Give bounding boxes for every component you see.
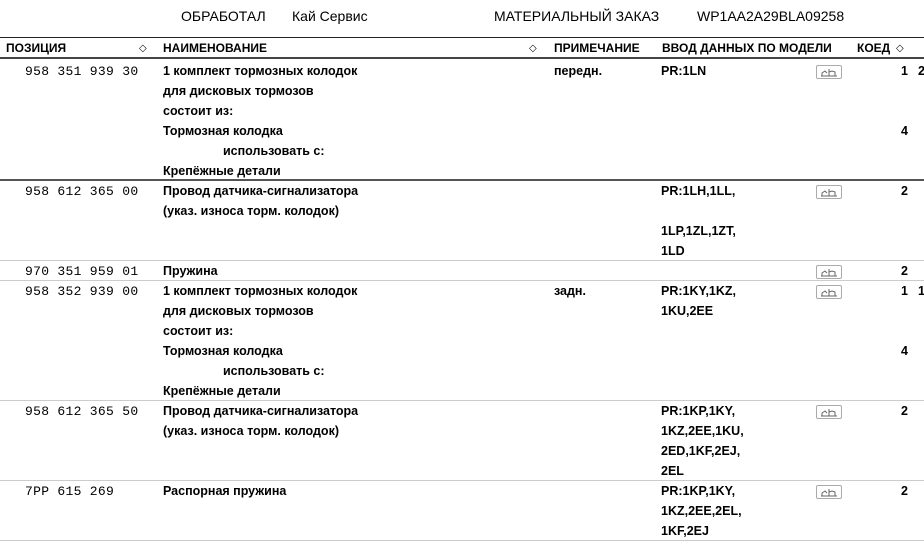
model-data-line: PR:1LN xyxy=(661,64,706,78)
part-name-line: Крепёжные детали xyxy=(163,164,281,178)
table-row[interactable]: 958 352 939 001 комплект тормозных колод… xyxy=(0,281,924,401)
part-number[interactable]: 958 612 365 00 xyxy=(25,184,138,199)
part-note: передн. xyxy=(554,64,602,78)
quantity: 4 xyxy=(901,344,908,358)
sort-icon[interactable]: ◇ xyxy=(529,43,537,54)
part-number[interactable]: 7PP 615 269 xyxy=(25,484,114,499)
cart-icon xyxy=(820,408,838,417)
model-data-line: 2ED,1KF,2EJ, xyxy=(661,444,740,458)
column-qty[interactable]: КОЕД xyxy=(857,41,890,55)
add-to-cart-button[interactable] xyxy=(816,185,842,199)
column-position[interactable]: ПОЗИЦИЯ xyxy=(6,41,66,55)
model-data-line: 1KZ,2EE,1KU, xyxy=(661,424,744,438)
part-number[interactable]: 970 351 959 01 xyxy=(25,264,138,279)
table-row[interactable]: 970 351 959 01Пружина2 xyxy=(0,261,924,281)
model-data-line: 1KZ,2EE,2EL, xyxy=(661,504,742,518)
quantity: 2 xyxy=(901,404,908,418)
part-name-line: Пружина xyxy=(163,264,218,278)
part-number[interactable]: 958 352 939 00 xyxy=(25,284,138,299)
quantity: 2 xyxy=(901,264,908,278)
sort-icon[interactable]: ◇ xyxy=(139,43,147,54)
vin: WP1AA2A29BLA09258 xyxy=(697,8,844,24)
part-name-line: состоит из: xyxy=(163,104,233,118)
part-name-line: для дисковых тормозов xyxy=(163,84,314,98)
model-data-line: 1LD xyxy=(661,244,685,258)
order-label: МАТЕРИАЛЬНЫЙ ЗАКАЗ xyxy=(494,8,659,24)
add-to-cart-button[interactable] xyxy=(816,485,842,499)
cart-icon xyxy=(820,268,838,277)
model-data-line: 1LP,1ZL,1ZT, xyxy=(661,224,736,238)
add-to-cart-button[interactable] xyxy=(816,285,842,299)
part-name-line: состоит из: xyxy=(163,324,233,338)
part-name-line: (указ. износа торм. колодок) xyxy=(163,424,339,438)
model-data-line: PR:1LH,1LL, xyxy=(661,184,735,198)
part-name-line: Распорная пружина xyxy=(163,484,286,498)
part-name-line: для дисковых тормозов xyxy=(163,304,314,318)
model-data-line: PR:1KP,1KY, xyxy=(661,484,735,498)
part-name-line: 1 комплект тормозных колодок xyxy=(163,284,357,298)
table-header: ПОЗИЦИЯ ◇ НАИМЕНОВАНИЕ ◇ ПРИМЕЧАНИЕ ВВОД… xyxy=(0,37,924,59)
part-name-line: Провод датчика-сигнализатора xyxy=(163,184,358,198)
part-name-line: Провод датчика-сигнализатора xyxy=(163,404,358,418)
model-data-line: 2EL xyxy=(661,464,684,478)
part-name-line: Крепёжные детали xyxy=(163,384,281,398)
overflow-value: 1 xyxy=(918,284,924,298)
cart-icon xyxy=(820,68,838,77)
cart-icon xyxy=(820,288,838,297)
part-name-line: 1 комплект тормозных колодок xyxy=(163,64,357,78)
part-name-line: использовать с: xyxy=(223,364,325,378)
table-row[interactable]: 7PP 615 269Распорная пружинаPR:1KP,1KY,1… xyxy=(0,481,924,541)
part-name-line: Тормозная колодка xyxy=(163,344,283,358)
cart-icon xyxy=(820,188,838,197)
quantity: 1 xyxy=(901,64,908,78)
table-row[interactable]: 958 612 365 00Провод датчика-сигнализато… xyxy=(0,181,924,261)
part-note: задн. xyxy=(554,284,586,298)
table-row[interactable]: 958 612 365 50Провод датчика-сигнализато… xyxy=(0,401,924,481)
part-name-line: (указ. износа торм. колодок) xyxy=(163,204,339,218)
add-to-cart-button[interactable] xyxy=(816,405,842,419)
model-data-line: PR:1KP,1KY, xyxy=(661,404,735,418)
quantity: 2 xyxy=(901,484,908,498)
column-model-data[interactable]: ВВОД ДАННЫХ ПО МОДЕЛИ xyxy=(662,41,832,55)
column-name[interactable]: НАИМЕНОВАНИЕ xyxy=(163,41,267,55)
part-name-line: использовать с: xyxy=(223,144,325,158)
column-note[interactable]: ПРИМЕЧАНИЕ xyxy=(554,41,640,55)
part-number[interactable]: 958 351 939 30 xyxy=(25,64,138,79)
part-number[interactable]: 958 612 365 50 xyxy=(25,404,138,419)
processed-by: Кай Сервис xyxy=(292,8,368,24)
sort-icon[interactable]: ◇ xyxy=(896,43,904,54)
model-data-line: 1KU,2EE xyxy=(661,304,713,318)
model-data-line: PR:1KY,1KZ, xyxy=(661,284,736,298)
cart-icon xyxy=(820,488,838,497)
table-row[interactable]: 958 351 939 301 комплект тормозных колод… xyxy=(0,61,924,181)
processed-label: ОБРАБОТАЛ xyxy=(181,8,266,24)
model-data-line: 1KF,2EJ xyxy=(661,524,709,538)
add-to-cart-button[interactable] xyxy=(816,65,842,79)
quantity: 4 xyxy=(901,124,908,138)
overflow-value: 2 xyxy=(918,64,924,78)
quantity: 1 xyxy=(901,284,908,298)
title-bar: ОБРАБОТАЛ Кай Сервис МАТЕРИАЛЬНЫЙ ЗАКАЗ … xyxy=(0,0,924,36)
add-to-cart-button[interactable] xyxy=(816,265,842,279)
quantity: 2 xyxy=(901,184,908,198)
part-name-line: Тормозная колодка xyxy=(163,124,283,138)
